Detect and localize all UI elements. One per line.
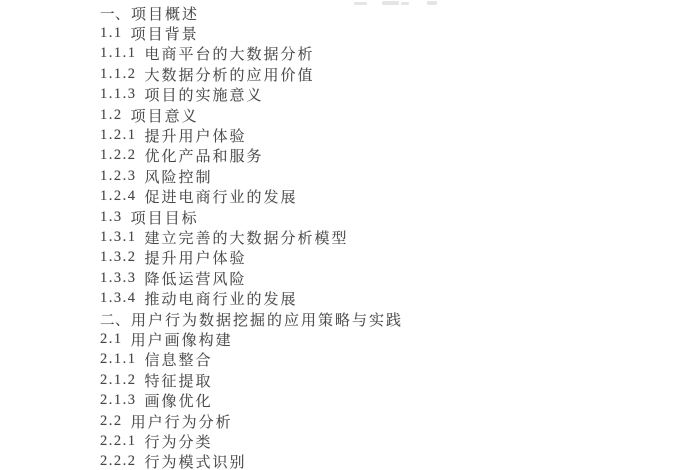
outline-item-label: 优化产品和服务 xyxy=(145,145,264,166)
outline-item-label: 信息整合 xyxy=(145,349,213,370)
outline-item-number: 2.1.3 xyxy=(100,392,137,409)
outline-item: 2.2.2 行为模式识别 xyxy=(100,452,403,470)
outline-item-number: 2.2.2 xyxy=(100,453,137,470)
outline-item-label: 建立完善的大数据分析模型 xyxy=(145,227,349,248)
outline-item-label: 用户行为数据挖掘的应用策略与实践 xyxy=(131,309,403,330)
outline-item-label: 行为分类 xyxy=(145,431,213,452)
outline-item: 2.2.1 行为分类 xyxy=(100,431,403,451)
outline-item-number: 1.3.4 xyxy=(100,290,137,307)
outline-item-label: 特征提取 xyxy=(145,370,213,391)
outline-item-number: 1.2.3 xyxy=(100,168,137,185)
outline-item: 1.2.1 提升用户体验 xyxy=(100,125,403,145)
outline-item: 2.2 用户行为分析 xyxy=(100,411,403,431)
outline-item-label: 促进电商行业的发展 xyxy=(145,186,298,207)
outline-item: 1.3.3 降低运营风险 xyxy=(100,268,403,288)
outline-item-number: 1.2.2 xyxy=(100,147,137,164)
outline-item-number: 1.1.1 xyxy=(100,45,137,62)
outline-item-label: 项目概述 xyxy=(131,3,199,24)
outline-item: 1.3 项目目标 xyxy=(100,207,403,227)
outline-item-number: 2.2.1 xyxy=(100,433,137,450)
outline-item-label: 项目目标 xyxy=(131,207,199,228)
outline-item-number: 2.1 xyxy=(100,331,123,348)
outline-item-label: 项目的实施意义 xyxy=(145,84,264,105)
outline-item-number: 1.3.2 xyxy=(100,249,137,266)
outline-item-label: 项目背景 xyxy=(131,23,199,44)
outline-item-label: 推动电商行业的发展 xyxy=(145,288,298,309)
outline-item: 1.2.4 促进电商行业的发展 xyxy=(100,187,403,207)
outline-item: 1.2.3 风险控制 xyxy=(100,166,403,186)
outline-item-number: 1.1.2 xyxy=(100,66,137,83)
outline-item-label: 电商平台的大数据分析 xyxy=(145,43,315,64)
outline-item-number: 2.1.2 xyxy=(100,372,137,389)
cropped-glyph-fragment xyxy=(427,1,437,5)
outline-item-number: 二、 xyxy=(100,309,130,330)
outline-item: 1.3.4 推动电商行业的发展 xyxy=(100,288,403,308)
outline-item-number: 1.1 xyxy=(100,25,123,42)
outline-item-number: 1.3 xyxy=(100,209,123,226)
outline-item: 2.1.2 特征提取 xyxy=(100,370,403,390)
outline-item-label: 提升用户体验 xyxy=(145,247,247,268)
outline-item-label: 提升用户体验 xyxy=(145,125,247,146)
outline-item: 1.1.1 电商平台的大数据分析 xyxy=(100,44,403,64)
outline-item-number: 1.2.4 xyxy=(100,188,137,205)
outline-item-label: 画像优化 xyxy=(145,390,213,411)
outline-item-number: 1.3.3 xyxy=(100,270,137,287)
outline-item-number: 2.1.1 xyxy=(100,351,137,368)
outline-item: 1.1 项目背景 xyxy=(100,23,403,43)
outline-item: 1.2 项目意义 xyxy=(100,105,403,125)
outline-item-label: 项目意义 xyxy=(131,105,199,126)
outline-item: 二、 用户行为数据挖掘的应用策略与实践 xyxy=(100,309,403,329)
outline-item-number: 1.2 xyxy=(100,107,123,124)
document-page: { "page": { "background_color": "#ffffff… xyxy=(0,0,700,470)
document-outline: 一、 项目概述 1.1 项目背景 1.1.1 电商平台的大数据分析 1.1.2 … xyxy=(100,3,403,470)
outline-item-label: 大数据分析的应用价值 xyxy=(145,64,315,85)
outline-item-number: 1.3.1 xyxy=(100,229,137,246)
outline-item: 1.3.1 建立完善的大数据分析模型 xyxy=(100,227,403,247)
outline-item-label: 行为模式识别 xyxy=(145,451,247,470)
outline-item: 一、 项目概述 xyxy=(100,3,403,23)
outline-item-label: 用户画像构建 xyxy=(131,329,233,350)
outline-item: 2.1.1 信息整合 xyxy=(100,350,403,370)
outline-item: 1.3.2 提升用户体验 xyxy=(100,248,403,268)
outline-item-number: 1.1.3 xyxy=(100,86,137,103)
outline-item-label: 风险控制 xyxy=(145,166,213,187)
outline-item-number: 1.2.1 xyxy=(100,127,137,144)
outline-item: 1.1.3 项目的实施意义 xyxy=(100,85,403,105)
outline-item-number: 一、 xyxy=(100,3,130,24)
outline-item-label: 降低运营风险 xyxy=(145,268,247,289)
outline-item: 1.1.2 大数据分析的应用价值 xyxy=(100,64,403,84)
outline-item: 1.2.2 优化产品和服务 xyxy=(100,146,403,166)
outline-item: 2.1.3 画像优化 xyxy=(100,390,403,410)
outline-item-number: 2.2 xyxy=(100,413,123,430)
outline-item: 2.1 用户画像构建 xyxy=(100,329,403,349)
outline-item-label: 用户行为分析 xyxy=(131,411,233,432)
